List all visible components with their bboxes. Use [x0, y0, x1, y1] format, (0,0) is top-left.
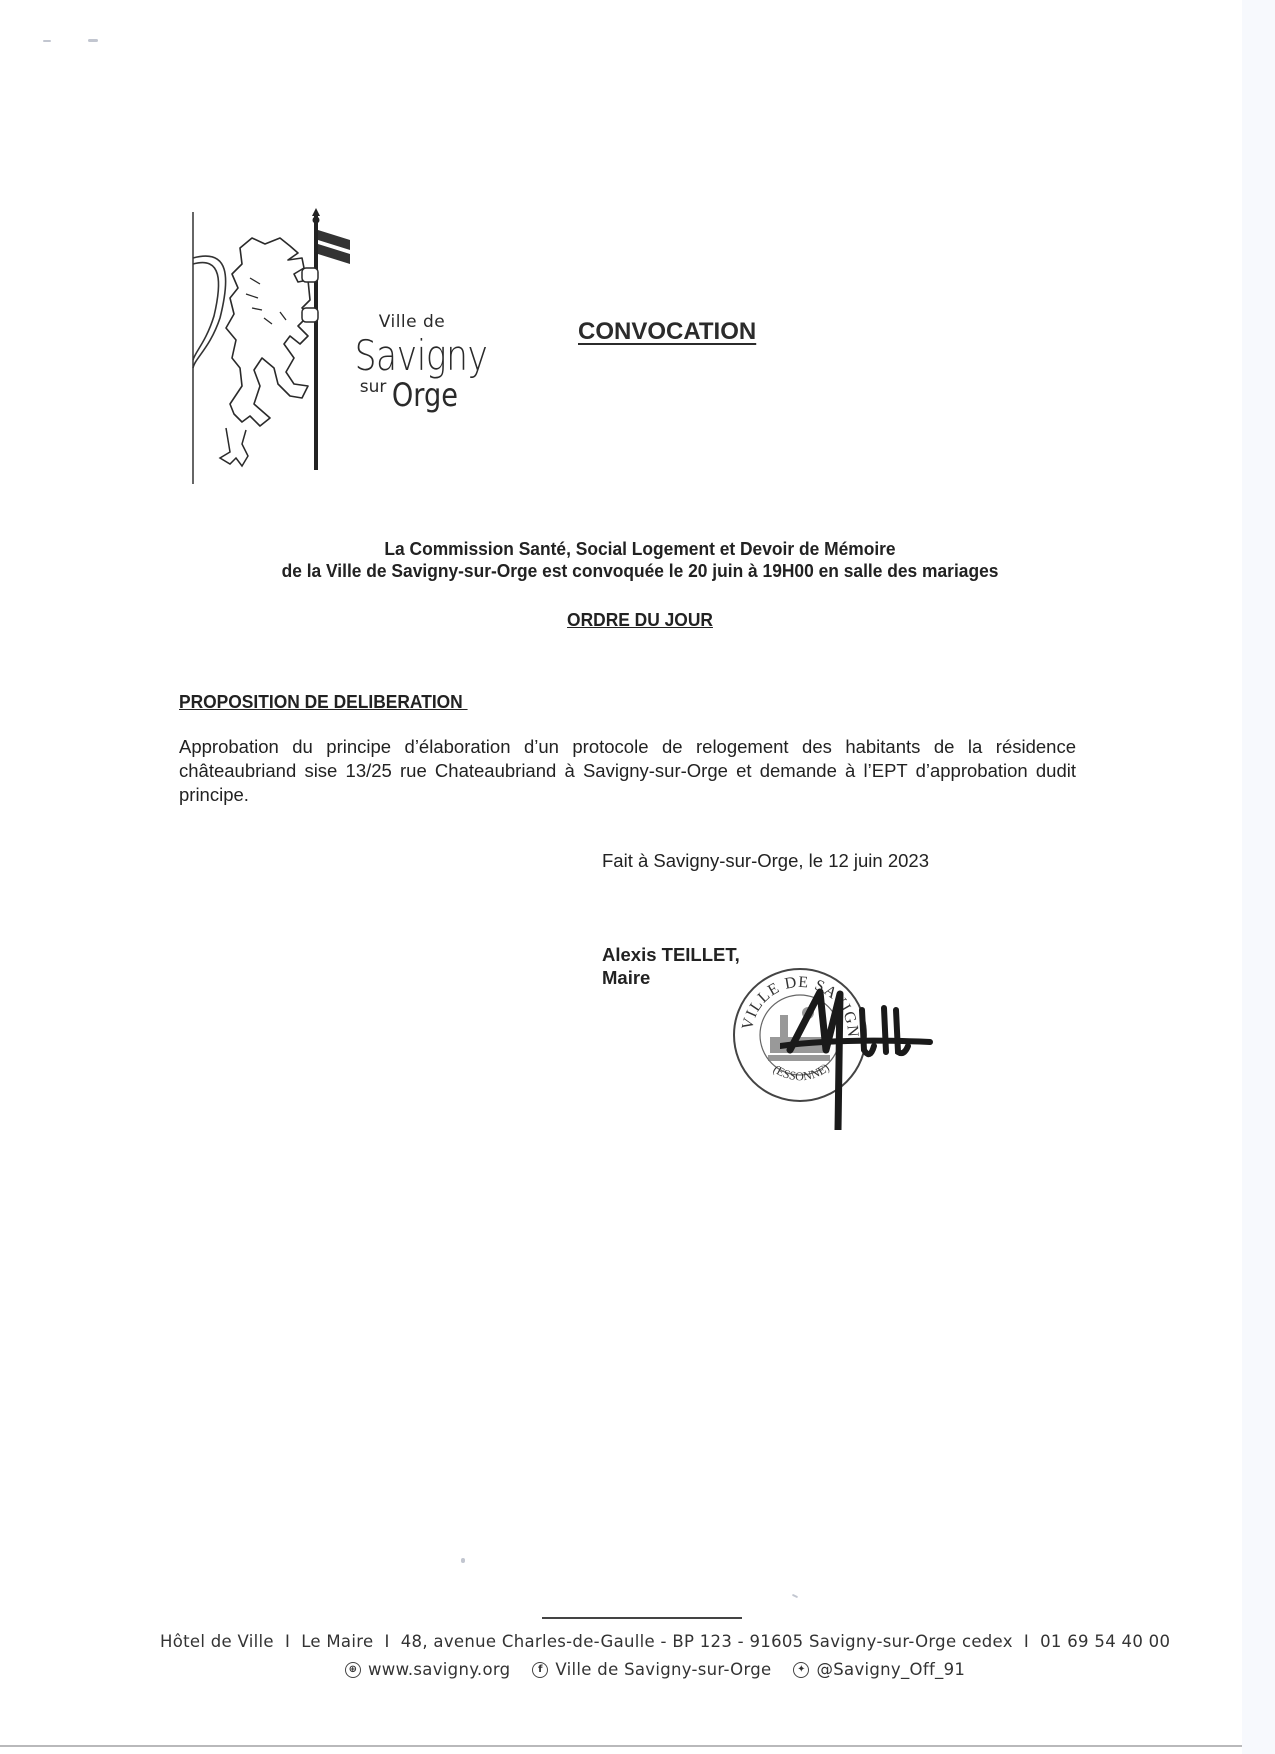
scan-page-bottom-edge [0, 1745, 1242, 1747]
logo-orge: Orge [392, 376, 458, 414]
logo-ville-de: Ville de [342, 312, 482, 332]
scan-speck [792, 1594, 798, 1598]
footer-address: Hôtel de Ville I Le Maire I 48, avenue C… [160, 1632, 1120, 1651]
globe-icon: ⊕ [345, 1662, 361, 1678]
facebook-icon: f [532, 1662, 548, 1678]
logo-sur: sur [360, 377, 387, 397]
footer-divider [542, 1617, 742, 1619]
deliberation-text: Approbation du principe d’élaboration d’… [179, 735, 1076, 807]
section-heading: PROPOSITION DE DELIBERATION [179, 691, 468, 713]
intro-line-1: La Commission Santé, Social Logement et … [226, 538, 1053, 560]
place-and-date: Fait à Savigny-sur-Orge, le 12 juin 2023 [602, 850, 929, 872]
footer-facebook-link[interactable]: Ville de Savigny-sur-Orge [555, 1660, 771, 1679]
footer-contacts: ⊕ www.savigny.org f Ville de Savigny-sur… [345, 1660, 965, 1679]
footer-website-link[interactable]: www.savigny.org [368, 1660, 510, 1679]
scan-speck [88, 39, 98, 42]
scan-page-edge [1242, 0, 1275, 1754]
agenda-title: ORDRE DU JOUR [226, 609, 1053, 631]
logo-savigny: Savigny [355, 334, 470, 378]
convocation-intro: La Commission Santé, Social Logement et … [226, 538, 1053, 582]
mayor-signature [780, 980, 940, 1130]
footer-twitter-link[interactable]: @Savigny_Off_91 [816, 1660, 965, 1679]
lion-emblem-icon [190, 208, 350, 488]
scan-speck [43, 40, 51, 42]
signer-role: Maire [602, 967, 650, 989]
logo-sur-orge: surOrge [342, 376, 482, 414]
intro-line-2: de la Ville de Savigny-sur-Orge est conv… [226, 560, 1053, 582]
scan-speck [461, 1558, 465, 1563]
twitter-icon: ✦ [793, 1662, 809, 1678]
document-title: CONVOCATION [578, 318, 756, 346]
signer-name: Alexis TEILLET, [602, 944, 740, 966]
city-logo: Ville de Savigny surOrge [190, 208, 490, 488]
logo-wordmark: Ville de Savigny surOrge [342, 312, 482, 414]
